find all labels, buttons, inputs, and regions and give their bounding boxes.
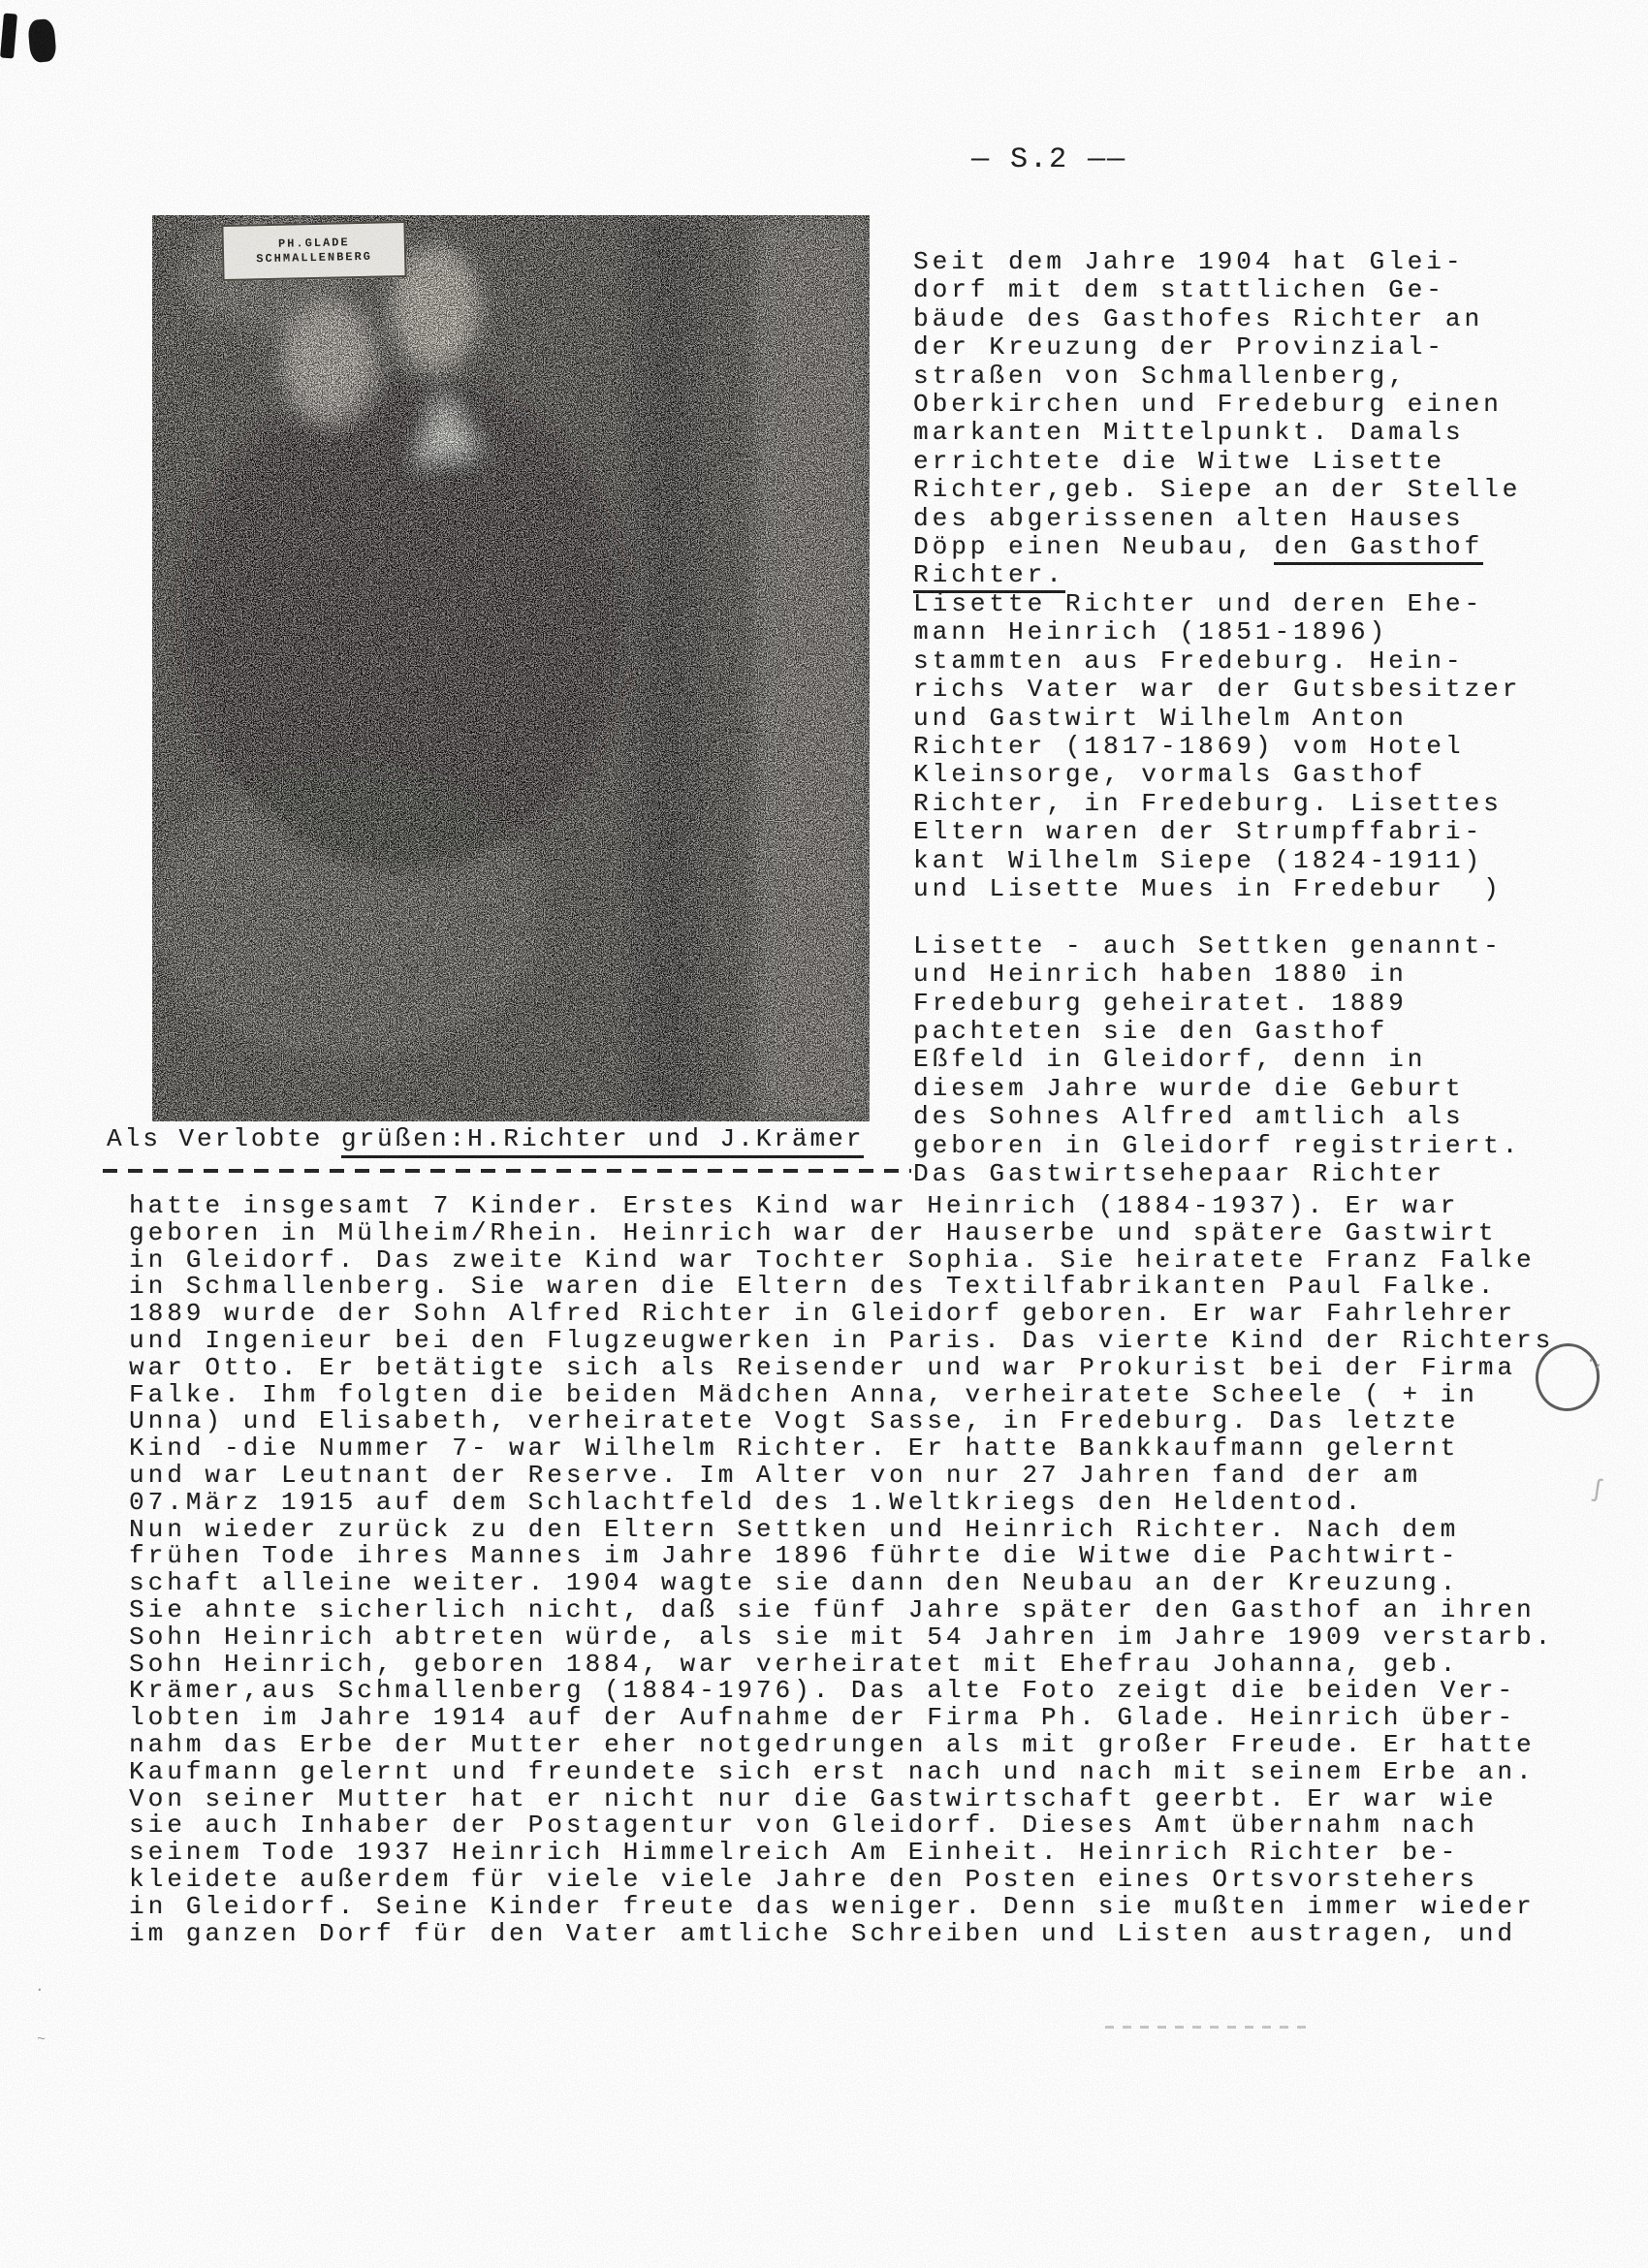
body-line: Kaufmann gelernt und freundete sich erst… (129, 1759, 1622, 1786)
column-line: Richter. (913, 561, 1553, 589)
page-number: — S.2 —— (971, 143, 1126, 176)
body-line: seinem Tode 1937 Heinrich Himmelreich Am… (129, 1840, 1622, 1867)
column-line: Eltern waren der Strumpffabri- (913, 818, 1553, 846)
body-line: geboren in Mülheim/Rhein. Heinrich war d… (129, 1220, 1622, 1247)
photo-image (152, 215, 870, 1121)
body-line: im ganzen Dorf für den Vater amtliche Sc… (129, 1921, 1622, 1948)
column-line: und Lisette Mues in Fredebur ) (913, 875, 1553, 903)
body-line: frühen Tode ihres Mannes im Jahre 1896 f… (129, 1543, 1622, 1570)
column-line: Richter,geb. Siepe an der Stelle (913, 476, 1553, 504)
photo-studio-stamp: PH.GLADE SCHMALLENBERG (221, 221, 406, 281)
column-line (913, 903, 1553, 931)
body-line: in Gleidorf. Seine Kinder freute das wen… (129, 1894, 1622, 1921)
caption-underlined-names: grüßen:H.Richter und J.Krämer (341, 1124, 864, 1158)
column-line: des Sohnes Alfred amtlich als (913, 1103, 1553, 1131)
column-line: straßen von Schmallenberg, (913, 362, 1553, 391)
body-line: Sie ahnte sicherlich nicht, daß sie fünf… (129, 1597, 1622, 1624)
column-line: pachteten sie den Gasthof (913, 1018, 1553, 1046)
right-column: Seit dem Jahre 1904 hat Glei-dorf mit de… (913, 248, 1553, 1188)
column-line: Oberkirchen und Fredeburg einen (913, 391, 1553, 419)
column-line: Richter, in Fredeburg. Lisettes (913, 790, 1553, 818)
body-line: in Gleidorf. Das zweite Kind war Tochter… (129, 1247, 1622, 1275)
caption-dashed-underline (103, 1169, 911, 1173)
body-line: Von seiner Mutter hat er nicht nur die G… (129, 1786, 1622, 1813)
column-line: Seit dem Jahre 1904 hat Glei- (913, 248, 1553, 276)
column-line: stammten aus Fredeburg. Hein- (913, 647, 1553, 676)
body-line: Kind -die Nummer 7- war Wilhelm Richter.… (129, 1435, 1622, 1463)
column-line: bäude des Gasthofes Richter an (913, 305, 1553, 333)
body-line: Sohn Heinrich, geboren 1884, war verheir… (129, 1652, 1622, 1679)
body-line: schaft alleine weiter. 1904 wagte sie da… (129, 1570, 1622, 1597)
body-line: und war Leutnant der Reserve. Im Alter v… (129, 1463, 1622, 1490)
column-line: des abgerissenen alten Hauses (913, 505, 1553, 533)
column-line: richs Vater war der Gutsbesitzer (913, 676, 1553, 704)
column-line: Lisette - auch Settken genannt- (913, 932, 1553, 961)
caption-plain-text: Als Verlobte (107, 1124, 341, 1153)
margin-smudge: ∙, (1584, 1351, 1606, 1372)
column-line: errichtete die Witwe Lisette (913, 448, 1553, 476)
body-line: Falke. Ihm folgten die beiden Mädchen An… (129, 1382, 1622, 1409)
body-line: sie auch Inhaber der Postagentur von Gle… (129, 1812, 1622, 1840)
scan-artifact-corner (0, 13, 17, 58)
column-line: Das Gastwirtsehepaar Richter (913, 1160, 1553, 1188)
body-line: Sohn Heinrich abtreten würde, als sie mi… (129, 1624, 1622, 1652)
body-line: und Ingenieur bei den Flugzeugwerken in … (129, 1328, 1622, 1355)
column-line: der Kreuzung der Provinzial- (913, 333, 1553, 362)
margin-smudge: · (35, 1981, 45, 1999)
column-line: und Gastwirt Wilhelm Anton (913, 705, 1553, 733)
column-line: Fredeburg geheiratet. 1889 (913, 990, 1553, 1018)
column-line: und Heinrich haben 1880 in (913, 961, 1553, 989)
studio-stamp-line2: SCHMALLENBERG (256, 251, 372, 267)
body-line: in Schmallenberg. Sie waren die Eltern d… (129, 1274, 1622, 1301)
photo-caption: Als Verlobte grüßen:H.Richter und J.Kräm… (107, 1124, 864, 1153)
body-line: war Otto. Er betätigte sich als Reisende… (129, 1355, 1622, 1382)
column-line: geboren in Gleidorf registriert. (913, 1132, 1553, 1160)
body-line: nahm das Erbe der Mutter eher notgedrung… (129, 1732, 1622, 1759)
column-line: diesem Jahre wurde die Geburt (913, 1075, 1553, 1103)
body-line: 1889 wurde der Sohn Alfred Richter in Gl… (129, 1301, 1622, 1328)
faint-pencil-dots (1105, 2026, 1307, 2029)
column-line: kant Wilhelm Siepe (1824-1911) (913, 847, 1553, 875)
studio-stamp-line1: PH.GLADE (278, 236, 350, 251)
scanned-document-page: — S.2 —— (0, 0, 1648, 2268)
column-line: Kleinsorge, vormals Gasthof (913, 761, 1553, 789)
margin-smudge: ~ (37, 2032, 46, 2048)
body-line: Nun wieder zurück zu den Eltern Settken … (129, 1517, 1622, 1544)
body-text: hatte insgesamt 7 Kinder. Erstes Kind wa… (129, 1193, 1622, 1947)
column-line: Richter (1817-1869) vom Hotel (913, 733, 1553, 761)
body-line: hatte insgesamt 7 Kinder. Erstes Kind wa… (129, 1193, 1622, 1220)
body-line: 07.März 1915 auf dem Schlachtfeld des 1.… (129, 1490, 1622, 1517)
column-line: Eßfeld in Gleidorf, denn in (913, 1046, 1553, 1074)
column-line: markanten Mittelpunkt. Damals (913, 419, 1553, 447)
body-line: lobten im Jahre 1914 auf der Aufnahme de… (129, 1705, 1622, 1732)
body-line: Unna) und Elisabeth, verheiratete Vogt S… (129, 1408, 1622, 1435)
column-line: Lisette Richter und deren Ehe- (913, 590, 1553, 618)
body-line: Krämer,aus Schmallenberg (1884-1976). Da… (129, 1678, 1622, 1705)
column-line: mann Heinrich (1851-1896) (913, 618, 1553, 646)
column-line: Döpp einen Neubau, den Gasthof (913, 533, 1553, 561)
scan-artifact-corner (27, 18, 57, 63)
engagement-photo: PH.GLADE SCHMALLENBERG (152, 215, 870, 1121)
column-line: dorf mit dem stattlichen Ge- (913, 276, 1553, 304)
body-line: kleidete außerdem für viele viele Jahre … (129, 1867, 1622, 1894)
